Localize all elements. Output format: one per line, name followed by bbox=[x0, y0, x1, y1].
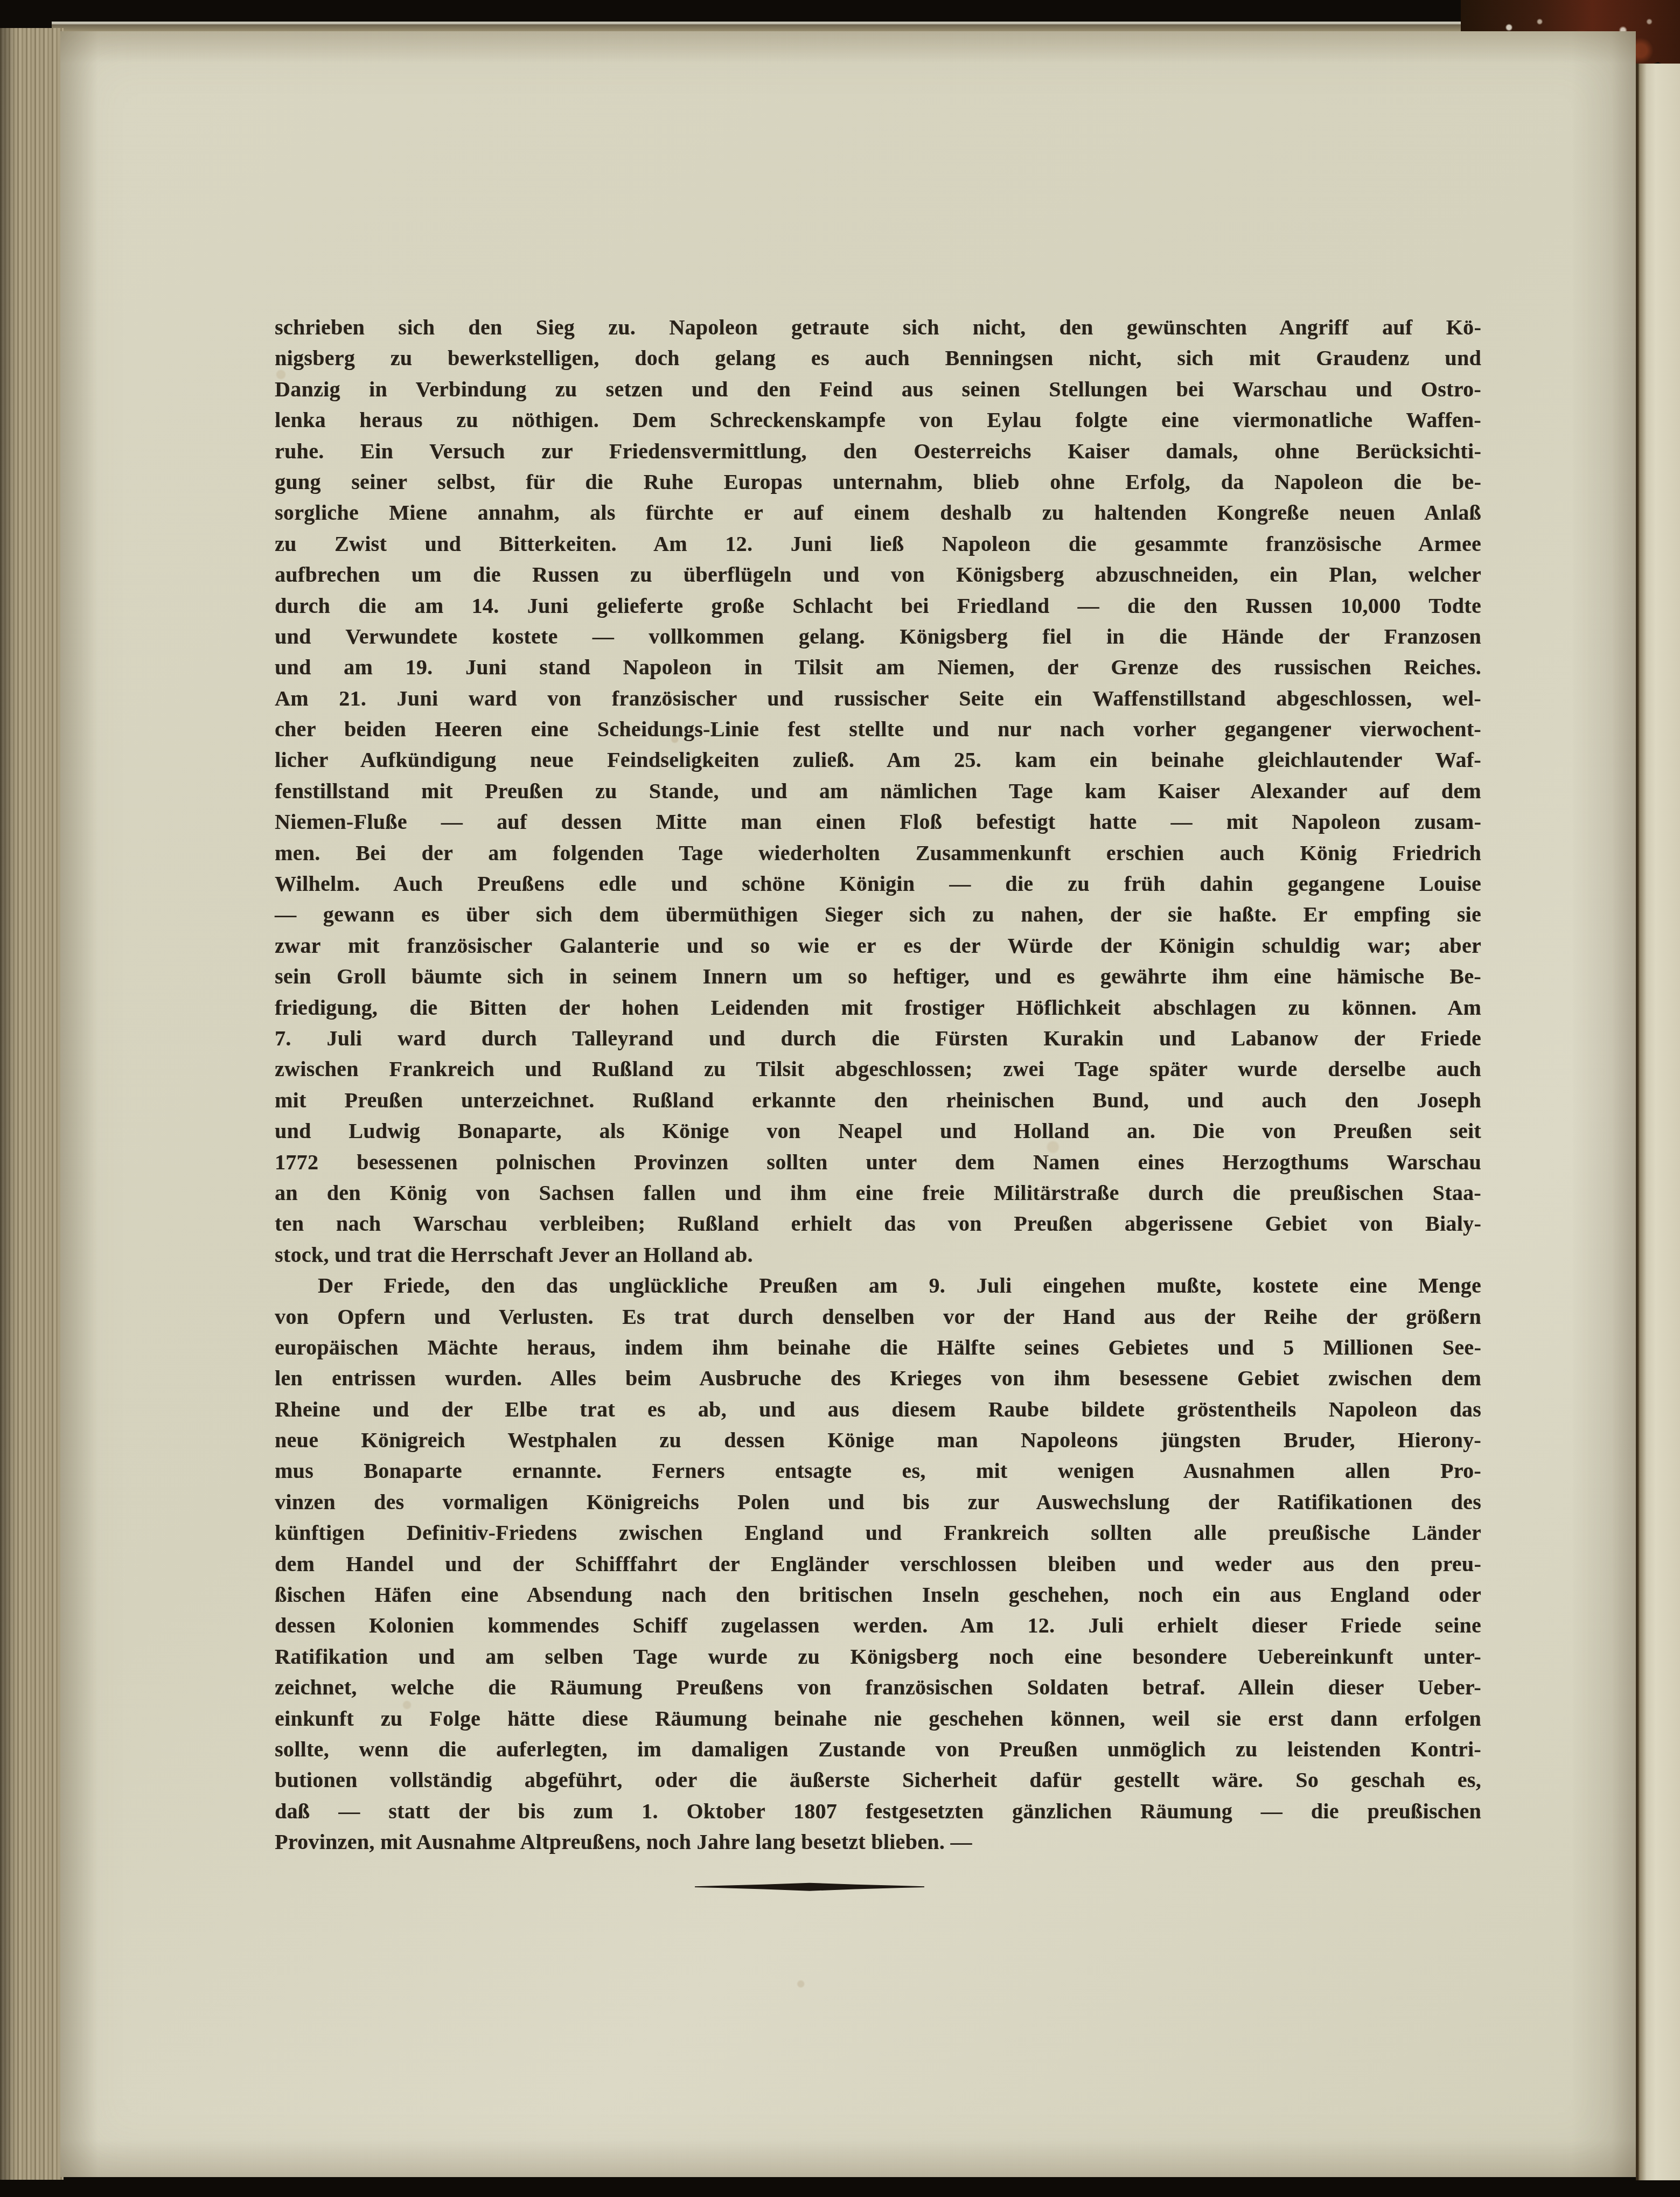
text-line: lenka heraus zu nöthigen. Dem Schreckens… bbox=[275, 404, 1481, 435]
text-line: — gewann es über sich dem übermüthigen S… bbox=[275, 899, 1481, 930]
text-line: vinzen des vormaligen Königreichs Polen … bbox=[275, 1487, 1481, 1517]
text-line: schrieben sich den Sieg zu. Napoleon get… bbox=[275, 312, 1481, 343]
text-line: Am 21. Juni ward von französischer und r… bbox=[275, 683, 1481, 714]
text-line: friedigung, die Bitten der hohen Leidend… bbox=[275, 992, 1481, 1023]
text-line: fenstillstand mit Preußen zu Stande, und… bbox=[275, 776, 1481, 806]
text-line: butionen vollständig abgeführt, oder die… bbox=[275, 1764, 1481, 1795]
text-line: europäischen Mächte heraus, indem ihm be… bbox=[275, 1332, 1481, 1363]
text-line: licher Aufkündigung neue Feindseligkeite… bbox=[275, 744, 1481, 775]
text-line: len entrissen wurden. Alles beim Ausbruc… bbox=[275, 1363, 1481, 1393]
text-line: sollte, wenn die auferlegten, im damalig… bbox=[275, 1734, 1481, 1764]
text-line: mus Bonaparte ernannte. Ferners entsagte… bbox=[275, 1455, 1481, 1486]
text-line: daß — statt der bis zum 1. Oktober 1807 … bbox=[275, 1796, 1481, 1826]
text-line: nigsberg zu bewerkstelligen, doch gelang… bbox=[275, 343, 1481, 373]
text-line: sorgliche Miene annahm, als fürchte er a… bbox=[275, 497, 1481, 528]
text-line: zu Zwist und Bitterkeiten. Am 12. Juni l… bbox=[275, 528, 1481, 559]
text-line: Rheine und der Elbe trat es ab, und aus … bbox=[275, 1394, 1481, 1425]
text-line: Provinzen, mit Ausnahme Altpreußens, noc… bbox=[275, 1826, 1481, 1857]
text-line: zwischen Frankreich und Rußland zu Tilsi… bbox=[275, 1054, 1481, 1084]
text-line: Danzig in Verbindung zu setzen und den F… bbox=[275, 374, 1481, 404]
left-page-edge-stack bbox=[0, 28, 64, 2180]
book-page: schrieben sich den Sieg zu. Napoleon get… bbox=[60, 31, 1636, 2177]
text-line: von Opfern und Verlusten. Es trat durch … bbox=[275, 1301, 1481, 1332]
text-line: sein Groll bäumte sich in seinem Innern … bbox=[275, 961, 1481, 992]
text-line: ruhe. Ein Versuch zur Friedensvermittlun… bbox=[275, 436, 1481, 466]
text-line: 1772 besessenen polnischen Provinzen sol… bbox=[275, 1147, 1481, 1177]
text-line: Der Friede, den das unglückliche Preußen… bbox=[275, 1270, 1481, 1301]
text-line: dessen Kolonien kommendes Schiff zugelas… bbox=[275, 1610, 1481, 1641]
text-line: dem Handel und der Schifffahrt der Englä… bbox=[275, 1549, 1481, 1579]
text-line: einkunft zu Folge hätte diese Räumung be… bbox=[275, 1703, 1481, 1734]
section-divider-rule bbox=[695, 1882, 924, 1891]
text-line: men. Bei der am folgenden Tage wiederhol… bbox=[275, 838, 1481, 868]
text-line: mit Preußen unterzeichnet. Rußland erkan… bbox=[275, 1085, 1481, 1115]
text-line: Ratifikation und am selben Tage wurde zu… bbox=[275, 1641, 1481, 1672]
text-line: Wilhelm. Auch Preußens edle und schöne K… bbox=[275, 868, 1481, 899]
text-line: und Verwundete kostete — vollkommen gela… bbox=[275, 621, 1481, 652]
text-line: durch die am 14. Juni gelieferte große S… bbox=[275, 590, 1481, 621]
text-line: neue Königreich Westphalen zu dessen Kön… bbox=[275, 1425, 1481, 1455]
text-line: und Ludwig Bonaparte, als Könige von Nea… bbox=[275, 1115, 1481, 1146]
text-line: künftigen Definitiv-Friedens zwischen En… bbox=[275, 1517, 1481, 1548]
text-line: zwar mit französischer Galanterie und so… bbox=[275, 930, 1481, 961]
text-line: stock, und trat die Herrschaft Jever an … bbox=[275, 1239, 1481, 1270]
text-line: gung seiner selbst, für die Ruhe Europas… bbox=[275, 466, 1481, 497]
text-line: aufbrechen um die Russen zu überflügeln … bbox=[275, 559, 1481, 590]
text-line: ßischen Häfen eine Absendung nach den br… bbox=[275, 1579, 1481, 1610]
text-block: schrieben sich den Sieg zu. Napoleon get… bbox=[275, 312, 1481, 1858]
text-line: ten nach Warschau verbleiben; Rußland er… bbox=[275, 1208, 1481, 1239]
scanned-book-photo: schrieben sich den Sieg zu. Napoleon get… bbox=[0, 0, 1680, 2197]
text-line: cher beiden Heeren eine Scheidungs-Linie… bbox=[275, 714, 1481, 744]
adjacent-page-edge bbox=[1636, 64, 1680, 2180]
text-line: zeichnet, welche die Räumung Preußens vo… bbox=[275, 1672, 1481, 1703]
text-line: an den König von Sachsen fallen und ihm … bbox=[275, 1177, 1481, 1208]
text-line: 7. Juli ward durch Talleyrand und durch … bbox=[275, 1023, 1481, 1054]
text-line: Niemen-Fluße — auf dessen Mitte man eine… bbox=[275, 806, 1481, 837]
text-line: und am 19. Juni stand Napoleon in Tilsit… bbox=[275, 652, 1481, 682]
